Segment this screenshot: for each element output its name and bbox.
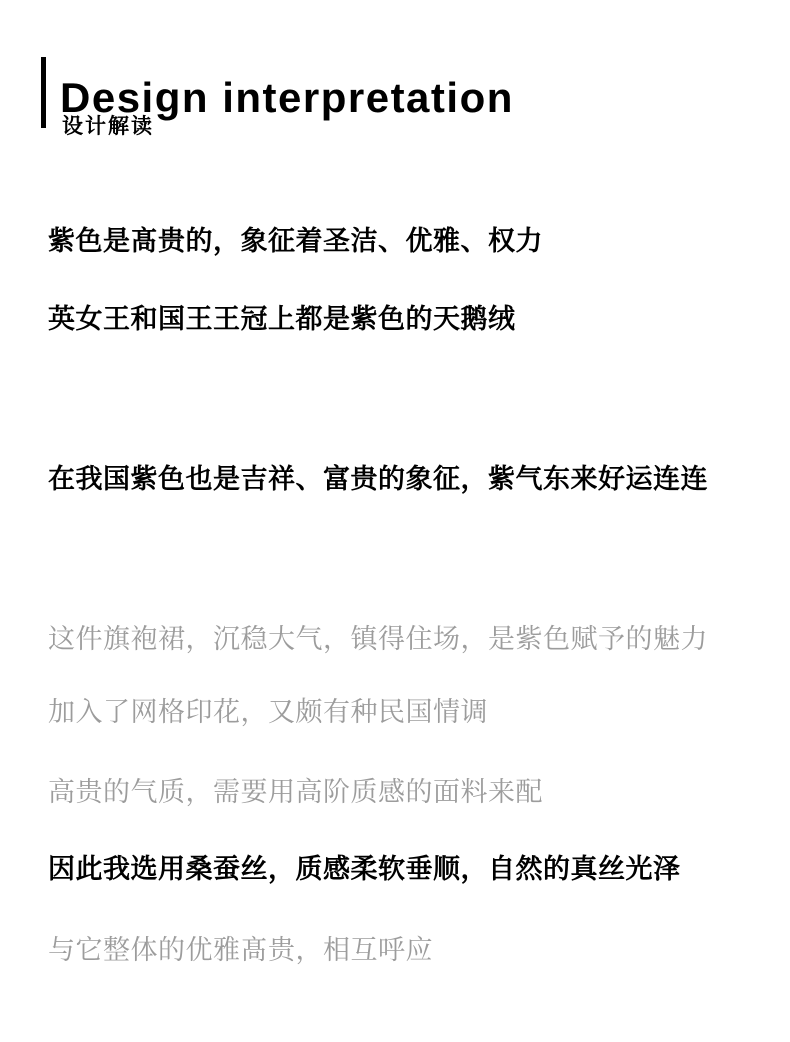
paragraph-mulberry-silk: 因此我选用桑蚕丝，质感柔软垂顺，自然的真丝光泽 (48, 854, 681, 885)
paragraph-auspicious-purple: 在我国紫色也是吉祥、富贵的象征，紫气东来好运连连 (48, 464, 708, 495)
paragraph-grid-print: 加入了网格印花，又颇有种民国情调 (48, 697, 488, 728)
paragraph-royal-crown: 英女王和国王王冠上都是紫色的天鹅绒 (48, 304, 516, 335)
design-interpretation-page: Design interpretation 设计解读 紫色是髙贵的，象征着圣洁、… (0, 0, 790, 1042)
paragraph-overall-elegance: 与它整体的优雅髙贵，相互呼应 (48, 935, 433, 966)
paragraph-qipao-charm: 这件旗袍裙，沉稳大气，镇得住场，是紫色赋予的魅力 (48, 624, 708, 655)
paragraph-purple-nobility: 紫色是髙贵的，象征着圣洁、优雅、权力 (48, 226, 543, 257)
title-accent-bar (41, 57, 46, 128)
page-subtitle: 设计解读 (62, 114, 154, 140)
paragraph-fabric-quality: 高贵的气质，需要用高阶质感的面料来配 (48, 777, 543, 808)
